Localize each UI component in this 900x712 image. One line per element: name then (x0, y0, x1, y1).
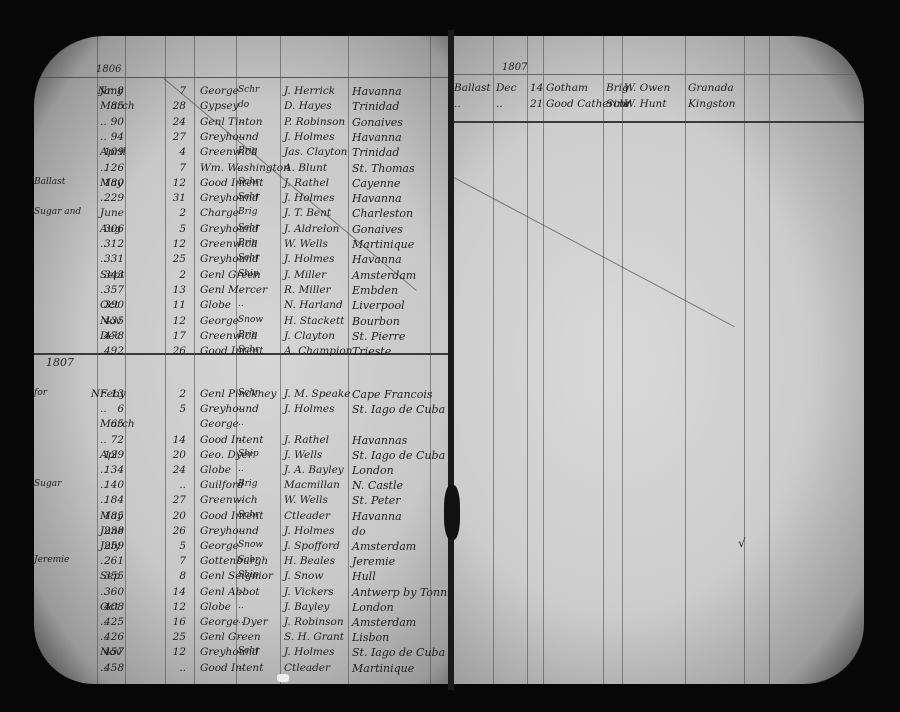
entry-master: J. Rathel (284, 434, 329, 446)
entry-month: Nov (100, 315, 121, 327)
entry-master: J. Spofford (284, 540, 340, 552)
entry-month: Oct (100, 601, 119, 613)
entry-port: Jeremie (352, 555, 395, 568)
entry-day: 20 (166, 449, 186, 461)
entry-port: Granada (688, 82, 734, 94)
entry-note: Ballast (454, 82, 491, 94)
entry-port: St. Pierre (352, 330, 405, 343)
entry-day: 5 (166, 540, 186, 552)
entry-rig: Schr (238, 192, 259, 202)
entry-port: Havanna (352, 85, 402, 98)
entry-master: J. Robinson (284, 616, 344, 628)
entry-vessel: Good Intent (200, 662, 263, 674)
entry-port: Bourbon (352, 315, 400, 328)
entry-day: 5 (166, 223, 186, 235)
ledger-entry: 458....Good Intent..CtleaderMartinique (34, 660, 452, 677)
entry-master: A. Blunt (284, 162, 327, 174)
entry-note: Jeremie (34, 555, 69, 565)
entry-day: 7 (166, 85, 186, 97)
entry-port: Amsterdam (352, 540, 416, 553)
entry-port: N. Castle (352, 479, 403, 492)
entry-master: A. Champion (284, 345, 352, 357)
entry-month: June (100, 525, 124, 537)
entry-day: 17 (166, 330, 186, 342)
entry-rig: .. (238, 403, 244, 413)
entry-month: May (100, 177, 123, 189)
entry-master: J. Clayton (284, 330, 335, 342)
entry-month: Sep (100, 570, 120, 582)
entry-rig: Ship (238, 449, 259, 459)
entry-rig: Snow (238, 315, 263, 325)
entry-vessel: Good Intent (200, 434, 263, 446)
entry-rig: .. (238, 525, 244, 535)
entry-month: June (100, 207, 124, 219)
entry-master: J. Holmes (284, 192, 334, 204)
entry-day: 24 (166, 116, 186, 128)
entry-master: J. M. Speake (284, 388, 350, 400)
entry-month: .. (100, 616, 107, 628)
entry-month: .. (100, 662, 107, 674)
entry-rig: Ship (238, 269, 259, 279)
entry-port: Trinidad (352, 100, 399, 113)
entry-month: .. (100, 631, 107, 643)
entry-master: J. Aldrelon (284, 223, 339, 235)
entry-month: Oct (100, 299, 119, 311)
year-heading-1807: 1807 (502, 62, 527, 73)
entry-month: .. (100, 192, 107, 204)
entry-note: for (34, 388, 47, 398)
entry-vessel: Gotham (546, 82, 588, 94)
entry-month: March (100, 418, 135, 430)
entry-rig: .. (238, 601, 244, 611)
entry-rig: Schr (238, 345, 259, 355)
entry-month: .. (100, 586, 107, 598)
entry-day: 24 (166, 464, 186, 476)
entry-port: Gonaives (352, 223, 403, 236)
entry-vessel: Genl Green (200, 631, 261, 643)
entry-rig: .. (238, 434, 244, 444)
entry-day: 5 (166, 403, 186, 415)
entry-port: Martinique (352, 662, 414, 675)
entry-master: H. Stackett (284, 315, 344, 327)
entry-vessel: Genl Mercer (200, 284, 267, 296)
entry-vessel: George (200, 418, 239, 430)
entry-master: W. Owen (624, 82, 670, 94)
entry-rig: Schr (238, 555, 259, 565)
entry-master: Ctleader (284, 510, 330, 522)
entry-port: do (352, 525, 366, 538)
entry-month: .. (100, 116, 107, 128)
entry-rig: Brig (238, 479, 258, 489)
entry-port: Lisbon (352, 631, 389, 644)
entry-master: N. Harland (284, 299, 343, 311)
entry-master: D. Hayes (284, 100, 332, 112)
entry-port: St. Peter (352, 494, 401, 507)
entry-port: Cape Francois (352, 388, 433, 401)
entry-vessel: Gypsey (200, 100, 239, 112)
entry-port: Liverpool (352, 299, 405, 312)
entry-rig: Schr (238, 646, 259, 656)
entry-day: 12 (166, 177, 186, 189)
section-divider (452, 121, 864, 123)
entry-rig: do (238, 100, 249, 110)
entry-port: Hull (352, 570, 376, 583)
entry-master: J. T. Bent (284, 207, 331, 219)
book-gutter (448, 30, 454, 690)
ledger-entry: ....21Good CatherineSchrW. HuntKingston (452, 96, 864, 113)
entry-vessel: Greyhound (200, 403, 259, 415)
entry-port: Trieste (352, 345, 391, 358)
entry-master: J. Herrick (284, 85, 335, 97)
column-rule (543, 36, 544, 684)
entry-month: Feby (100, 388, 126, 400)
column-rule (744, 36, 745, 684)
entry-port: Havanna (352, 192, 402, 205)
entry-day: 14 (166, 586, 186, 598)
entry-port: St. Thomas (352, 162, 415, 175)
entry-master: J. Wells (284, 449, 322, 461)
entry-master: J. Bayley (284, 601, 329, 613)
entry-master: J. Holmes (284, 403, 334, 415)
entry-day: 14 (530, 82, 543, 94)
entry-master: J. A. Bayley (284, 464, 344, 476)
entry-port: Havanna (352, 131, 402, 144)
entry-rig: Brig (238, 207, 258, 217)
entry-rig: .. (238, 586, 244, 596)
entry-note: Ballast (34, 177, 65, 187)
entry-day: 2 (166, 269, 186, 281)
entry-rig: Brig (238, 238, 258, 248)
entry-master: W. Wells (284, 238, 328, 250)
entry-month: April (100, 146, 126, 158)
entry-master: R. Miller (284, 284, 331, 296)
microfilm-frame: 1806 Nr. 8Jany7GeorgeSchrJ. HerrickHavan… (0, 0, 900, 712)
entry-rig: .. (238, 494, 244, 504)
entry-port: Embden (352, 284, 398, 297)
entry-port: Kingston (688, 98, 735, 110)
entry-month: .. (100, 479, 107, 491)
column-rule (685, 36, 686, 684)
entry-day: 21 (530, 98, 543, 110)
entry-day: 20 (166, 510, 186, 522)
entry-day: 25 (166, 631, 186, 643)
header-rule (452, 74, 864, 75)
entry-rig: Schr (238, 388, 259, 398)
tick-mark: √ (738, 536, 746, 550)
entry-month: Aug (100, 223, 121, 235)
entry-port: Havannas (352, 434, 407, 447)
entry-rig: .. (238, 284, 244, 294)
entry-vessel: Globe (200, 299, 231, 311)
entry-rig: Schr (238, 223, 259, 233)
entry-vessel: Genl Tinton (200, 116, 263, 128)
year-heading-1806: 1806 (96, 64, 121, 75)
entry-master: W. Wells (284, 494, 328, 506)
entry-rig: Ship (238, 570, 259, 580)
entry-port: Charleston (352, 207, 413, 220)
entry-port: Havanna (352, 253, 402, 266)
entry-master: J. Holmes (284, 646, 334, 658)
entry-month: Dec (496, 82, 517, 94)
entry-rig: .. (238, 662, 244, 672)
entry-day: 7 (166, 162, 186, 174)
entry-day: 12 (166, 646, 186, 658)
entry-rig: .. (238, 631, 244, 641)
entry-day: 11 (166, 299, 186, 311)
ledger-entry: BallastDec14GothamBrigW. OwenGranada (452, 80, 864, 97)
entry-day: 12 (166, 238, 186, 250)
entry-master: J. Vickers (284, 586, 334, 598)
entry-note: Sugar and (34, 207, 81, 217)
column-rule (622, 36, 623, 684)
entry-master: Macmillan (284, 479, 340, 491)
entry-port: St. Iago de Cuba (352, 403, 445, 416)
entry-month: Nov (100, 646, 121, 658)
entry-vessel: George (200, 540, 239, 552)
entry-master: W. Hunt (624, 98, 667, 110)
entry-day: 26 (166, 525, 186, 537)
column-rule (493, 36, 494, 684)
entry-port: London (352, 464, 394, 477)
entry-vessel: Genl Abbot (200, 586, 260, 598)
entry-month: .. (100, 162, 107, 174)
entry-rig: Schr (238, 177, 259, 187)
entry-vessel: Greenwich (200, 494, 258, 506)
entry-rig: .. (238, 162, 244, 172)
entry-port: Havanna (352, 510, 402, 523)
entry-day: 16 (166, 616, 186, 628)
entry-day: .. (166, 479, 186, 491)
entry-rig: Snow (238, 540, 263, 550)
entry-day: 2 (166, 207, 186, 219)
entry-rig: .. (238, 131, 244, 141)
entry-day: 2 (166, 388, 186, 400)
entry-vessel: George (200, 315, 239, 327)
entry-day: 12 (166, 601, 186, 613)
entry-vessel: Charge (200, 207, 239, 219)
entry-day: 7 (166, 555, 186, 567)
entry-vessel: Globe (200, 464, 231, 476)
entry-month: Apl (100, 449, 118, 461)
entry-master: H. Beales (284, 555, 335, 567)
entry-month: Sept (100, 269, 124, 281)
entry-vessel: George (200, 85, 239, 97)
entry-port: Gonaives (352, 116, 403, 129)
entry-note: Sugar (34, 479, 61, 489)
entry-month: .. (100, 345, 107, 357)
ledger-entry: 492..26Good IntentSchrA. ChampionTrieste (34, 343, 452, 360)
entry-port: St. Iago de Cuba (352, 449, 445, 462)
entry-port: Martinique (352, 238, 414, 251)
entry-vessel: Greyhound (200, 525, 259, 537)
entry-port: St. Iago de Cuba (352, 646, 445, 659)
entry-vessel: George Dyer (200, 616, 268, 628)
page-clip (277, 674, 289, 682)
entry-master: Jas. Clayton (284, 146, 347, 158)
entry-month: .. (100, 434, 107, 446)
entry-rig: Brig (238, 330, 258, 340)
entry-vessel: Greyhound (200, 131, 259, 143)
entry-day: .. (166, 662, 186, 674)
entry-vessel: Wm. Washington (200, 162, 290, 174)
entry-rig: Brig (238, 146, 258, 156)
entry-day: 4 (166, 146, 186, 158)
entry-month: .. (100, 555, 107, 567)
entry-month: July (100, 540, 120, 552)
entry-day: 13 (166, 284, 186, 296)
entry-master: J. Holmes (284, 253, 334, 265)
entry-month: .. (100, 238, 107, 250)
entry-month: Jany (100, 85, 123, 97)
entry-month: .. (100, 253, 107, 265)
header-rule (34, 77, 452, 78)
entry-month: .. (100, 464, 107, 476)
entry-port: Trinidad (352, 146, 399, 159)
entry-note: .. (454, 98, 461, 110)
entry-month: .. (100, 284, 107, 296)
entry-month: .. (100, 131, 107, 143)
entry-month: .. (496, 98, 503, 110)
entry-port: Cayenne (352, 177, 400, 190)
column-rule (769, 36, 770, 684)
entry-day: 27 (166, 494, 186, 506)
entry-month: May (100, 510, 123, 522)
entry-vessel: Genl Seignior (200, 570, 273, 582)
year-heading-1807: 1807 (46, 356, 74, 369)
entry-master: J. Holmes (284, 131, 334, 143)
entry-master: J. Snow (284, 570, 323, 582)
entry-rig: .. (238, 116, 244, 126)
entry-master: J. Rathel (284, 177, 329, 189)
cancel-stroke (452, 176, 735, 327)
entry-port: London (352, 601, 394, 614)
entry-month: March (100, 100, 135, 112)
entry-port: Amsterdam (352, 269, 416, 282)
entry-rig: Schr (238, 85, 259, 95)
ledger-right-page: 1807 BallastDec14GothamBrigW. OwenGranad… (452, 36, 864, 684)
entry-master: S. H. Grant (284, 631, 344, 643)
entry-day: 31 (166, 192, 186, 204)
ink-blot (444, 485, 460, 540)
ledger-left-page: 1806 Nr. 8Jany7GeorgeSchrJ. HerrickHavan… (34, 36, 452, 684)
entry-port: Amsterdam (352, 616, 416, 629)
entry-rig: .. (238, 464, 244, 474)
entry-day: 26 (166, 345, 186, 357)
entry-day: 25 (166, 253, 186, 265)
entry-rig: .. (238, 418, 244, 428)
entry-day: 28 (166, 100, 186, 112)
entry-master: J. Miller (284, 269, 326, 281)
column-rule (603, 36, 604, 684)
entry-rig: Schr (238, 253, 259, 263)
column-rule (527, 36, 528, 684)
entry-day: 8 (166, 570, 186, 582)
entry-month: .. (100, 403, 107, 415)
entry-rig: .. (238, 299, 244, 309)
entry-month: Dec (100, 330, 121, 342)
entry-day: 12 (166, 315, 186, 327)
entry-master: P. Robinson (284, 116, 345, 128)
entry-day: 14 (166, 434, 186, 446)
entry-month: .. (100, 494, 107, 506)
entry-rig: .. (238, 616, 244, 626)
entry-vessel: Globe (200, 601, 231, 613)
entry-rig: Schr (238, 510, 259, 520)
entry-master: Ctleader (284, 662, 330, 674)
entry-port: Antwerp by Tonningen (352, 586, 452, 599)
entry-master: J. Holmes (284, 525, 334, 537)
entry-day: 27 (166, 131, 186, 143)
